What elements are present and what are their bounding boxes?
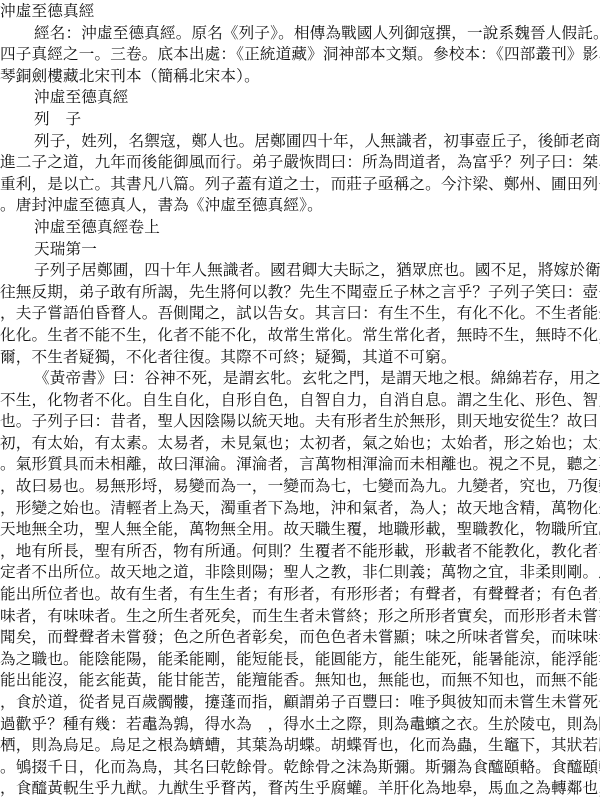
text-line: 列子，姓列，名禦寇，鄭人也。居鄭圃四十年，人無識者，初事壺丘子，後師老商氏，友伯… — [0, 131, 600, 153]
text-line: ，夫子嘗語伯昏瞀人。吾側聞之，試以告女。其言曰：有生不生，有化不化。不生者能生生… — [0, 303, 600, 325]
text-line: 為之職也。能陰能陽，能柔能剛，能短能長，能圓能方，能生能死，能暑能涼，能浮能沉，… — [0, 649, 600, 671]
text-line: 。唐封沖虛至德真人，書為《沖虛至德真經》。 — [0, 195, 600, 217]
text-line: ，故曰易也。易無形埒，易變而為一，一變而為七，七變而為九。九變者，究也，乃復變而… — [0, 476, 600, 498]
text-line: ，形變之始也。清輕者上為天，濁重者下為地，沖和氣者，為人；故天地含精，萬物化生。… — [0, 498, 600, 520]
text-line: 沖虛至德真經 — [0, 87, 600, 109]
text-line: 經名：沖虛至德真經。原名《列子》。相傳為戰國人列御寇撰，一說系魏晉人假託。唐代尊… — [0, 23, 600, 45]
text-line: 琴銅劍樓藏北宋刊本（簡稱北宋本）。 — [0, 66, 600, 88]
text-line: 。鴝掇千日，化而為鳥，其名曰乾餘骨。乾餘骨之沫為斯彌。斯彌為食醯頤輅。食醯頤輅生… — [0, 757, 600, 779]
text-line: 聞矣，而聲聲者未嘗發；色之所色者彰矣，而色色者未嘗顯；味之所味者嘗矣，而味味者未… — [0, 627, 600, 649]
text-line: 也。子列子曰：昔者，聖人因陰陽以統天地。夫有形者生於無形，則天地安從生？故曰：有… — [0, 411, 600, 433]
text-line: 能出能沒，能玄能黃，能甘能苦，能羶能香。無知也，無能也，而無不知也，而無不能也。… — [0, 670, 600, 692]
text-line: 能出所位者也。故有生者，有生生者；有形者，有形形者；有聲者，有聲聲者；有色者，有… — [0, 584, 600, 606]
text-line: 沖虛至德真經卷上 — [0, 217, 600, 239]
text-line: ，地有所長，聖有所否，物有所通。何則？生覆者不能形載，形載者不能教化，教化者不能… — [0, 541, 600, 563]
text-line: 《黃帝書》曰：谷神不死，是謂玄牝。玄牝之門，是謂天地之根。綿綿若存，用之不勤。故… — [0, 368, 600, 390]
text-line: 不生，化物者不化。自生自化，自形自色，自智自力，自消自息。謂之生化、形色、智力、… — [0, 390, 600, 412]
text-line: 列 子 — [0, 109, 600, 131]
text-line: 過歡乎？種有幾：若鼃為鶉，得水為 ，得水土之際，則為鼃蠙之衣。生於陵屯，則為陵舄… — [0, 714, 600, 736]
text-line: 味者，有味味者。生之所生者死矣，而生生者未嘗終；形之所形者實矣，而形形者未嘗有；… — [0, 606, 600, 628]
text-line: 天瑞第一 — [0, 239, 600, 261]
text-line: 子列子居鄭圃，四十年人無識者。國君卿大夫眎之，猶眾庶也。國不足，將嫁於衛。弟子曰… — [0, 260, 600, 282]
text-line: 進二子之道，九年而後能御風而行。弟子嚴恢問曰：所為問道者，為富乎？列子曰：桀、紂… — [0, 152, 600, 174]
document-title: 沖虛至德真經 — [0, 1, 600, 23]
text-line: 。氣形質具而未相離，故曰渾淪。渾淪者，言萬物相渾淪而未相離也。視之不見，聽之不聞… — [0, 454, 600, 476]
text-line: 重利，是以亡。其書凡八篇。列子蓋有道之士，而莊子亟稱之。今汴梁、鄭州、圃田列子觀… — [0, 174, 600, 196]
text-line: 定者不出所位。故天地之道，非陰則陽；聖人之教，非仁則義；萬物之宜，非柔則剛。此皆… — [0, 562, 600, 584]
text-line: 化化。生者不能不生，化者不能不化，故常生常化。常生常化者，無時不生，無時不化，陰… — [0, 325, 600, 347]
document-body: 沖虛至德真經經名：沖虛至德真經。原名《列子》。相傳為戰國人列御寇撰，一說系魏晉人… — [0, 1, 600, 800]
text-line: ，食於道，從者見百歲髑髏，攓蓬而指，顧謂弟子百豐曰：唯予與彼知而未嘗生未嘗死也。… — [0, 692, 600, 714]
text-line: 天地無全功，聖人無全能，萬物無全用。故天職生覆，地職形載，聖職教化，物職所宜。然… — [0, 519, 600, 541]
text-line: 爾，不生者疑獨，不化者往復。其際不可終；疑獨，其道不可窮。 — [0, 347, 600, 369]
text-line: ，食醯黃軦生乎九猷。九猷生乎瞀芮，瞀芮生乎腐蠸。羊肝化為地皋，馬血之為轉鄰也，人… — [0, 778, 600, 800]
text-line: 栖，則為烏足。烏足之根為蠐螬，其葉為胡蝶。胡蝶胥也，化而為蟲，生竈下，其狀若脫，… — [0, 735, 600, 757]
text-line: 往無反期，弟子敢有所謁，先生將何以教？先生不聞壺丘子林之言乎？子列子笑曰：壺子何… — [0, 282, 600, 304]
text-line: 初，有太始，有太素。太易者，未見氣也；太初者，氣之始也；太始者，形之始也；太素者… — [0, 433, 600, 455]
text-line: 四子真經之一。三卷。底本出處：《正統道藏》洞神部本文類。參校本：《四部叢刊》影印… — [0, 44, 600, 66]
